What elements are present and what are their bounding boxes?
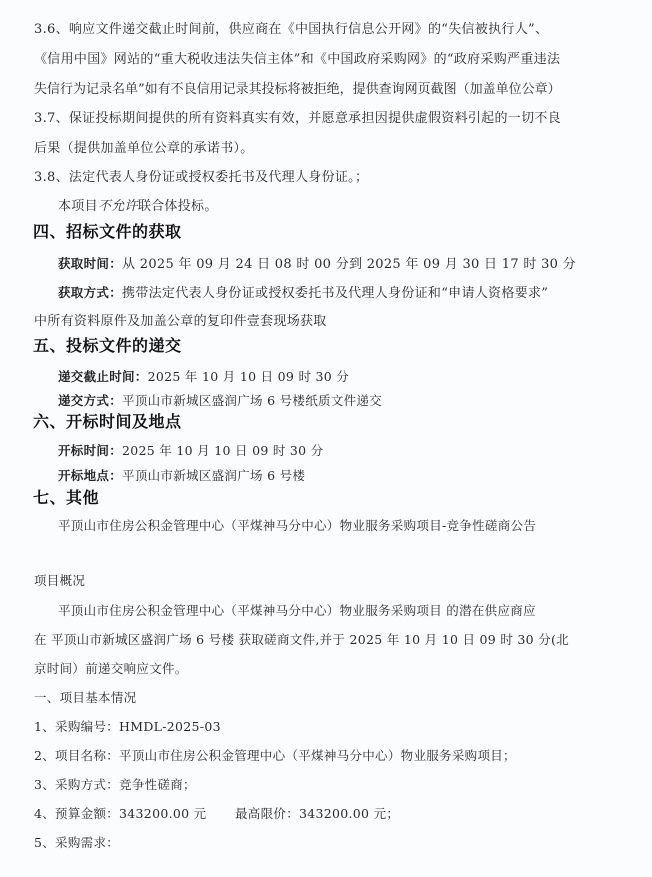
section-4-heading: 四、招标文件的获取 <box>33 224 182 240</box>
section-6-heading: 六、开标时间及地点 <box>33 414 182 430</box>
overview-para-line-2: 在 平顶山市新城区盛润广场 6 号楼 获取磋商文件,并于 2025 年 10 月… <box>34 632 569 648</box>
overview-para-line-1: 平顶山市住房公积金管理中心（平煤神马分中心）物业服务采购项目 的潜在供应商应 <box>58 603 536 619</box>
item-3-6-line-3: 失信行为记录名单”如有不良信用记录其投标将被拒绝，提供查询网页截图（加盖单位公章… <box>34 82 561 98</box>
consortium-emphasis: 不允许 <box>98 199 138 214</box>
section-7-heading: 七、其他 <box>33 490 99 506</box>
section-5-heading: 五、投标文件的递交 <box>33 338 182 354</box>
obtain-method: 获取方式：携带法定代表人身份证或授权委托书及代理人身份证和“申请人资格要求” <box>58 285 548 302</box>
item-3-6-line-1: 3.6、响应文件递交截止时间前，供应商在《中国执行信息公开网》的“失信被执行人”… <box>34 22 548 38</box>
basic-info-heading: 一、项目基本情况 <box>34 690 136 706</box>
submit-deadline: 递交截止时间：2025 年 10 月 10 日 09 时 30 分 <box>58 369 349 385</box>
basic-info-item-3: 3、采购方式：竞争性磋商； <box>34 777 196 793</box>
basic-info-item-1: 1、采购编号：HMDL-2025-03 <box>34 719 221 735</box>
overview-para-line-3: 京时间）前递交响应文件。 <box>34 661 188 677</box>
consortium-note: 本项目不允许联合体投标。 <box>58 199 218 215</box>
basic-info-item-5: 5、采购需求： <box>34 835 119 851</box>
basic-info-item-2: 2、项目名称：平顶山市住房公积金管理中心（平煤神马分中心）物业服务采购项目； <box>34 748 516 764</box>
item-3-7-line-2: 后果（提供加盖单位公章的承诺书）。 <box>34 141 254 157</box>
obtain-time: 获取时间：从 2025 年 09 月 24 日 08 时 00 分到 2025 … <box>58 256 576 273</box>
notice-title: 平顶山市住房公积金管理中心（平煤神马分中心）物业服务采购项目-竞争性磋商公告 <box>58 518 536 534</box>
obtain-method-cont: 中所有资料原件及加盖公章的复印件壹套现场获取 <box>34 314 327 330</box>
item-3-7-line-1: 3.7、保证投标期间提供的所有资料真实有效，并愿意承担因提供虚假资料引起的一切不… <box>34 111 561 127</box>
opening-place: 开标地点：平顶山市新城区盛润广场 6 号楼 <box>58 468 305 484</box>
overview-title: 项目概况 <box>34 573 85 589</box>
max-price: 最高限价：343200.00 元； <box>235 806 399 822</box>
item-3-6-line-2: 《信用中国》网站的“重大税收违法失信主体”和《中国政府采购网》的“政府采购严重违… <box>34 52 560 68</box>
submit-method: 递交方式：平顶山市新城区盛润广场 6 号楼纸质文件递交 <box>58 393 382 409</box>
item-3-8: 3.8、法定代表人身份证或授权委托书及代理人身份证。； <box>34 170 368 186</box>
basic-info-item-4: 4、预算金额：343200.00 元 <box>34 806 206 822</box>
opening-time: 开标时间：2025 年 10 月 10 日 09 时 30 分 <box>58 443 324 459</box>
